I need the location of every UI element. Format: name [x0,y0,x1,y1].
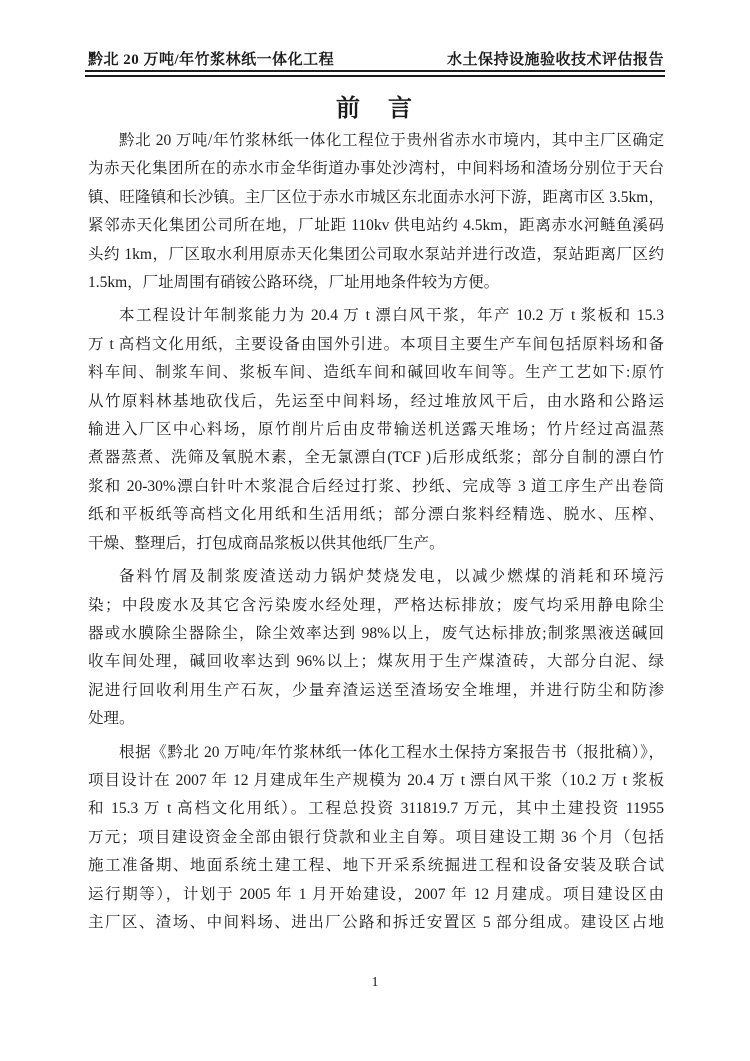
paragraph-line: 处理。 [88,705,664,733]
paragraph-line: 紧邻赤天化集团公司所在地，厂址距 110kv 供电站约 4.5km，距离赤水河鲢… [88,212,664,240]
paragraph-line: 浆和 20-30%漂白针叶木浆混合后经过打浆、抄纸、完成等 3 道工序生产出卷筒 [88,473,664,501]
paragraph-line: 根据《黔北 20 万吨/年竹浆林纸一体化工程水土保持方案报告书（报批稿）》， [88,739,664,767]
paragraph-line: 主厂区、渣场、中间料场、进出厂公路和拆迁安置区 5 部分组成。建设区占地 [88,909,664,937]
paragraph-line: 施工准备期、地面系统土建工程、地下开采系统掘进工程和设备安装及联合试 [88,852,664,880]
paragraph-line: 从竹原料林基地砍伐后，先运至中间料场，经过堆放风干后，由水路和公路运 [88,388,664,416]
paragraph-line: 纸和平板纸等高档文化用纸和生活用纸；部分漂白浆料经精选、脱水、压榨、 [88,501,664,529]
paragraph-line: 本工程设计年制浆能力为 20.4 万 t 漂白风干浆，年产 10.2 万 t 浆… [88,302,664,330]
paragraph-line: 黔北 20 万吨/年竹浆林纸一体化工程位于贵州省赤水市境内，其中主厂区确定 [88,127,664,155]
paragraph-line: 头约 1km，厂区取水利用原赤天化集团公司取水泵站并进行改造，泵站距离厂区约 [88,241,664,269]
header-right-title: 水土保持设施验收技术评估报告 [447,48,664,69]
paragraph: 备料竹屑及制浆废渣送动力锅炉焚烧发电，以减少燃煤的消耗和环境污染；中段废水及其它… [88,563,664,733]
paragraph-line: 备料竹屑及制浆废渣送动力锅炉焚烧发电，以减少燃煤的消耗和环境污 [88,563,664,591]
paragraph-line: 干燥、整理后，打包成商品浆板以供其他纸厂生产。 [88,530,664,558]
document-page: 黔北 20 万吨/年竹浆林纸一体化工程 水土保持设施验收技术评估报告 前 言 黔… [0,0,750,1061]
paragraph-line: 泥进行回收利用生产石灰，少量弃渣运送至渣场安全堆埋，并进行防尘和防渗 [88,677,664,705]
paragraph-line: 1.5km，厂址周围有硝铵公路环绕，厂址用地条件较为方便。 [88,269,664,297]
paragraph-line: 镇、旺隆镇和长沙镇。主厂区位于赤水市城区东北面赤水河下游，距离市区 3.5km， [88,184,664,212]
paragraph-line: 输进入厂区中心料场，原竹削片后由皮带输送机送露天堆场；竹片经过高温蒸 [88,416,664,444]
paragraph: 黔北 20 万吨/年竹浆林纸一体化工程位于贵州省赤水市境内，其中主厂区确定为赤天… [88,127,664,297]
paragraph-line: 万 t 高档文化用纸，主要设备由国外引进。本项目主要生产车间包括原料场和备 [88,331,664,359]
paragraph-line: 运行期等），计划于 2005 年 1 月开始建设，2007 年 12 月建成。项… [88,881,664,909]
paragraph-line: 染；中段废水及其它含污染废水经处理，严格达标排放；废气均采用静电除尘 [88,592,664,620]
paragraph-line: 项目设计在 2007 年 12 月建成年生产规模为 20.4 万 t 漂白风干浆… [88,767,664,795]
preface-body: 黔北 20 万吨/年竹浆林纸一体化工程位于贵州省赤水市境内，其中主厂区确定为赤天… [88,127,664,937]
paragraph-line: 万元；项目建设资金全部由银行贷款和业主自筹。项目建设工期 36 个月（包括 [88,824,664,852]
paragraph-line: 煮器蒸煮、洗筛及氧脱木素，全无氯漂白(TCF )后形成纸浆；部分自制的漂白竹 [88,444,664,472]
page-number: 1 [0,975,750,991]
paragraph-line: 收车间处理，碱回收率达到 96%以上；煤灰用于生产煤渣砖，大部分白泥、绿 [88,648,664,676]
header-left-title: 黔北 20 万吨/年竹浆林纸一体化工程 [88,48,334,69]
page-title: 前 言 [0,88,750,123]
page-header: 黔北 20 万吨/年竹浆林纸一体化工程 水土保持设施验收技术评估报告 [88,48,664,69]
paragraph: 本工程设计年制浆能力为 20.4 万 t 漂白风干浆，年产 10.2 万 t 浆… [88,302,664,558]
paragraph-line: 为赤天化集团所在的赤水市金华街道办事处沙湾村，中间料场和渣场分别位于天台 [88,155,664,183]
paragraph-line: 器或水膜除尘器除尘，除尘效率达到 98%以上，废气达标排放;制浆黑液送碱回 [88,620,664,648]
header-double-rule [85,70,665,77]
paragraph: 根据《黔北 20 万吨/年竹浆林纸一体化工程水土保持方案报告书（报批稿）》，项目… [88,739,664,938]
paragraph-line: 和 15.3 万 t 高档文化用纸）。工程总投资 311819.7 万元，其中土… [88,795,664,823]
paragraph-line: 料车间、制浆车间、浆板车间、造纸车间和碱回收车间等。生产工艺如下:原竹 [88,359,664,387]
